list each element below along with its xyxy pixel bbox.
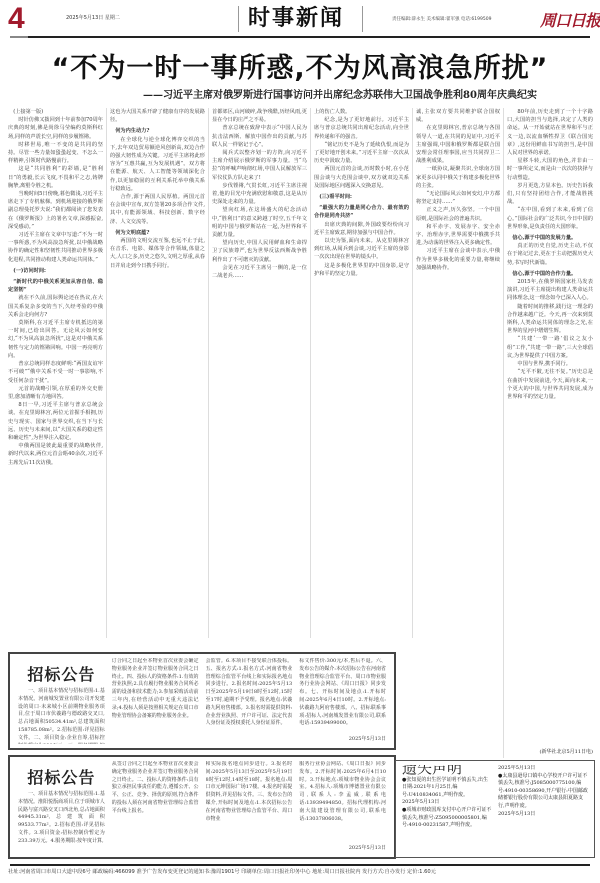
section-title: 时事新闻 (248, 4, 344, 32)
notice-text: 服务行业协会网站、《周口日报》同步发布。2.开标时间:2025年6月4日10时。… (299, 761, 386, 823)
paragraph: 星移斗转,大国的角色,并非由一时一事所定义,而是由一次次的抉择与行动塑造。 (507, 157, 593, 182)
article-column-4: 上的伤亡人数。 纪念,是为了更好地前行。习近平主席与普京总统共同出席纪念活动,向… (314, 108, 409, 638)
paragraph: 望向历史,中国人民用鲜血和生命捍卫了民族尊严,也为世界反法西斯战争胜利作出了不可… (212, 239, 307, 264)
paragraph: “无论国际风云如何变幻,中方都将坚定支持……” (416, 190, 500, 206)
notice-title: 招标公告 (18, 765, 105, 788)
section-subhead: 何为文明底蕴? (110, 229, 205, 237)
paragraph: 两国的文明交流互鉴,也远不止于此,在音乐、电影、媒体等合作领域,体量之大,人口之… (110, 237, 205, 270)
paragraph: 步伐铿锵,气贯长虹,习近平主席注视着,他的目光中充满欣慰和敬意,这是从历史深处走… (212, 182, 307, 207)
section-subhead: 信心,源于中国的发展力量。 (507, 234, 593, 242)
paragraph: 两国元首的会谈,历时数小时,在小范围会谈与大范围会谈中,双方就双边关系及国际地区… (314, 165, 409, 190)
section-subhead: (三)看平时间: (314, 193, 409, 201)
notice-text: 标文件售价:300元/本,售后不退。六、发布公告的媒介:本次招标公告在河南省物业… (299, 658, 386, 728)
paragraph: 习近平主席在会谈中表示,中俄作为世界多极化的重要力量,将继续加强战略协作。 (416, 247, 500, 272)
paragraph: 莫斯科,在习近平主席专机抵达的第一时间,已给出回答。无论风云如何变幻,“不为风高… (8, 319, 103, 360)
paragraph: 2015年,在俄罗斯国家杜马发表演讲,习近平主席提出构建人类命运共同体理念,这一… (507, 278, 593, 303)
article-byline: (新华社北京5月11日电) (507, 748, 593, 755)
section-subhead: 信心,源于中国的合作力量。 (507, 270, 593, 278)
tender-notice-2: 招标公告 一、项目基本情况与招标范围:1.基本情况。淮阳悦翫商项目,位于项城市人… (8, 755, 396, 859)
paragraph: 当晚时间5日傍晚,暮色微浅,习近平主席走下了专机舷梯。到机场迎接的俄罗斯副总理曼… (8, 190, 103, 231)
lost-notice-box: 遗失声明 ●张知夏的出生医学证明不慎丢失,出生日期:2021年1月25日,编号:… (395, 760, 595, 858)
notice-text: 从签订合同之日起至本物业首次业委会确定物业服务企业并签订物业服务合同之日终止。二… (112, 761, 199, 816)
header-divider (362, 6, 363, 32)
article-column-6: 80年前,历史走到了一个十字路口,大国的担当与选择,决定了人类的命运。从一开始就… (507, 108, 593, 758)
article-column-2: 这也为大国关系开辟了健康有序的发展路径。 何为内生动力? 在全球化与逆全球化博弈… (110, 108, 205, 638)
column-divider (208, 108, 209, 638)
lost-notice-date: 2025年5月13日 (402, 799, 492, 807)
notice-title: 招标公告 (18, 662, 105, 685)
paragraph: 普京总统同样态度鲜明:“两国友谊牢不可破”“俄中关系不受一时一事影响,不受任何杂… (8, 360, 103, 385)
paragraph: 80年前,历史走到了一个十字路口,大国的担当与选择,决定了人类的命运。从一开始就… (507, 108, 593, 157)
notice-date: 2025年5月13日 (299, 736, 386, 744)
editor-credits: 责任编辑:薛永生 美术编辑:翟军强 电话:6199509 (392, 16, 491, 22)
paragraph: 这也为大国关系开辟了健康有序的发展路径。 (110, 108, 205, 124)
notice-text: 一、项目基本情况与招标范围:1.基本情况。河南城发置业有限公司开发建设的周口·未… (18, 688, 105, 744)
paragraph: 以史为鉴,面向未来。从克里姆林宫到红场,从阅兵到会谈,习近平主席的身影一次次出现… (314, 237, 409, 262)
notice-text: 和实际报名地点同步进行。3.报名时间:2025年5月13日至2025年5月19日… (206, 761, 293, 823)
section-subhead: “新时代的中俄关系更加从容自信、稳定坚韧” (8, 278, 103, 294)
paragraph: 诚,主张双方要共同维护联合国权威。 (416, 108, 500, 124)
notice-text: 订合同之日起至本物业首次业委会确定物业服务企业并签订物业服务合同之日终止。四、投… (112, 658, 199, 720)
paragraph: 普京总统在致辞中表示“中国人民为抗击法西斯、解放中国作出的贡献,与苏联人民一样铭… (212, 124, 307, 149)
publisher-footer: 社址:河南省周口市周口大道中段6号 邮政编码:466099 准予广告发布变更登记… (8, 868, 598, 875)
column-divider (503, 108, 504, 758)
lost-notice-date: 2025年5月13日 (498, 811, 588, 819)
article-subheadline: ——习近平主席对俄罗斯进行国事访问并出席纪念苏联伟大卫国战争胜利80周年庆典纪实 (0, 86, 600, 101)
lost-notice-date: 2025年5月13日 (498, 765, 588, 773)
header-divider (238, 6, 239, 32)
paragraph: 元首的战略引领,在厚重的外交史册里,愈加清晰有力地回答。 (8, 385, 103, 401)
notice-text: 会监管。6.本项目不接受联合体投标。五、报名方式:1.报名方式:河南省物业管理综… (206, 658, 293, 728)
paragraph: 在全球化与逆全球化博弈交织的当下,去年双边贸易额逆风创新高,双边合作的强大韧性成… (110, 136, 205, 193)
paragraph: “共建‘一带一路’倡议之友小组”工作,“共建一带一路”,三大全球倡议,为世界提供… (507, 335, 593, 360)
paragraph: 中国与世界,携手同行。 (507, 360, 593, 368)
paragraph: 这是多极化世界里的中国身影,是守护和平的坚定力量。 (314, 262, 409, 278)
paragraph: 这是“共同胜利”的彩墙,是“胜利日”的勇毅,长云飞度,不畏和平之志,铸牌胸挚,离… (8, 165, 103, 190)
header-rule (10, 36, 590, 38)
paragraph: 阅兵式以整齐划一的方阵,向习近平主席介绍展示俄罗斯的军事力量。当“乌拉”的呼喊声… (212, 149, 307, 182)
column-divider (106, 108, 107, 638)
header-rule-accent (10, 36, 28, 38)
section-subhead: “最强大的力量是同心合力、最有效的合作是同舟共济” (314, 204, 409, 220)
footer-rule (10, 864, 590, 866)
paragraph: 真正的历史自觉,历史主动,不仅在于铭记过去,更在于主动把握历史大势,书写时代新篇… (507, 242, 593, 267)
paragraph: 一纸协议,凝聚共识,全球南方国家更多认同中俄关于构建多极化世界的主张。 (416, 165, 500, 190)
page-number: 4 (8, 2, 25, 36)
paragraph: 和平赤字、发展赤字、安全赤字、治理赤字,世界需要中俄携手共进,为动荡的世界注入更… (416, 223, 500, 248)
paragraph: “无平不陂,无往不复。”历史总是在曲折中发展前进,今天,面向未来,一个更大的中国… (507, 368, 593, 401)
article-column-1: (上接第一版) 时针仿佛又拨回到十年前参加70周年庆典的时刻,佛是尚徐马莹编约莫… (8, 108, 103, 638)
paragraph: 时针仿佛又拨回到十年前参加70周年庆典的时刻,佛是尚徐马莹编约莫斯科红场,同样的… (8, 116, 103, 141)
page-header: 4 2025年5月13日 星期二 时事新闻 责任编辑:薛永生 美术编辑:翟军强 … (0, 0, 600, 38)
paragraph: 随着时间的推移,践行这一理念的合作越来越广泛。今天,再一次来到莫斯科,人类命运共… (507, 303, 593, 336)
paragraph: “在中国,看到了未来,看到了信心。”国际社会的广泛共识,今日中国的世界形象,是负… (507, 206, 593, 231)
notice-text: 一、项目基本情况与招标范围:1.基本情况。淮阳悦翫商项目,位于项城市人民路与富兴… (18, 791, 105, 846)
lost-notice-item: ●项城市财政国库支付中心开户许可证不慎丢失,核准号:Z5095000005801… (402, 807, 492, 830)
article-headline: “不为一时一事所惑,不为风高浪急所扰” (0, 46, 600, 85)
paragraph: 就在不久前,国际舆论还在热议,在大国关系复杂多变的当下,久经考验的中俄关系会走向… (8, 294, 103, 319)
lost-notice-title: 遗失声明 (402, 765, 492, 773)
newspaper-logo: 周口日报 (540, 8, 600, 31)
paragraph: 上的伤亡人数。 (314, 108, 409, 116)
article-column-3: 首都郊区,山河破碎,战争残酷,历经风雨,更显在今日的庄严之不易。 普京总统在致辞… (212, 108, 307, 638)
paragraph: 习近平主席在文章中写道:“不为一时一事所惑,不为风高浪急所扰,以中俄战略协作的确… (8, 231, 103, 264)
section-subhead: (一)访问时间: (8, 267, 103, 275)
tender-notice-1: 招标公告 一、项目基本情况与招标范围:1.基本情况。河南城发置业有限公司开发建设… (8, 652, 396, 750)
paragraph: 望向红场,在这场盛大的纪念活动中,“胜利日”的意义跨越了时空,五千年文明的中国与… (212, 206, 307, 239)
paragraph: 首都郊区,山河破碎,战争残酷,历经风雨,更显在今日的庄严之不易。 (212, 108, 307, 124)
paragraph: 出席庆典的间隙,外国政要纷纷向习近平主席致意,期待加强与中国合作。 (314, 221, 409, 237)
article-column-5: 诚,主张双方要共同维护联合国权威。 在克里姆林宫,普京总统与各国领导人一道,在共… (416, 108, 500, 758)
column-divider (412, 108, 413, 638)
paragraph: 8日一早,习近平主席与普京总统会谈。在克里姆林宫,两位元首握手相拥,历史与现实、… (8, 401, 103, 442)
paragraph: 中俄两国是彼此最重要的战略伙伴,新时代以来,两位元首会晤40余次,习近平主席先后… (8, 442, 103, 467)
lost-notice-item: ●张知夏的出生医学证明不慎丢失,出生日期:2021年1月25日,编号:U4108… (402, 777, 492, 800)
paragraph: 纪念,是为了更好地前行。习近平主席与普京总统共同出席纪念活动,向全世界传递和平的… (314, 116, 409, 141)
notice-date: 2025年5月13日 (299, 845, 386, 853)
paragraph: 时移世易,唯一不变的是共同的坚持。尽管一些力量如蛩蛩起变、不怎么一样精神,引领时… (8, 141, 103, 166)
paragraph: 会见在习近平主席另一侧的,是一位二战老兵…… (212, 264, 307, 280)
paragraph: (上接第一版) (8, 108, 103, 116)
column-divider (310, 108, 311, 638)
section-subhead: 何为内生动力? (110, 127, 205, 135)
paragraph: 合作,源于两国人民厚植。两国元首在会谈中宣布,双方签署20多项合作文件,其中,有… (110, 193, 205, 226)
issue-date: 2025年5月13日 星期二 (66, 14, 120, 21)
paragraph: 岁月更迭,方显本色。历史告诉我们,只有坚持团结合作,才能战胜挑战。 (507, 182, 593, 207)
paragraph: 在克里姆林宫,普京总统与各国领导人一道,在共同的见证中,习近平主席强调,中国和俄… (416, 124, 500, 165)
paragraph: 正义之声,历久弥坚。一个中国原则,是国际社会的普遍共识。 (416, 206, 500, 222)
paragraph: “铭记历史不是为了延续仇恨,而是为了更好地开创未来。”习近平主席一次次从历史中汲… (314, 141, 409, 166)
lost-notice-item: ●太康县逊母口镇中心学校开户许可证不慎丢失,核准号:J5085000775100… (498, 773, 588, 811)
